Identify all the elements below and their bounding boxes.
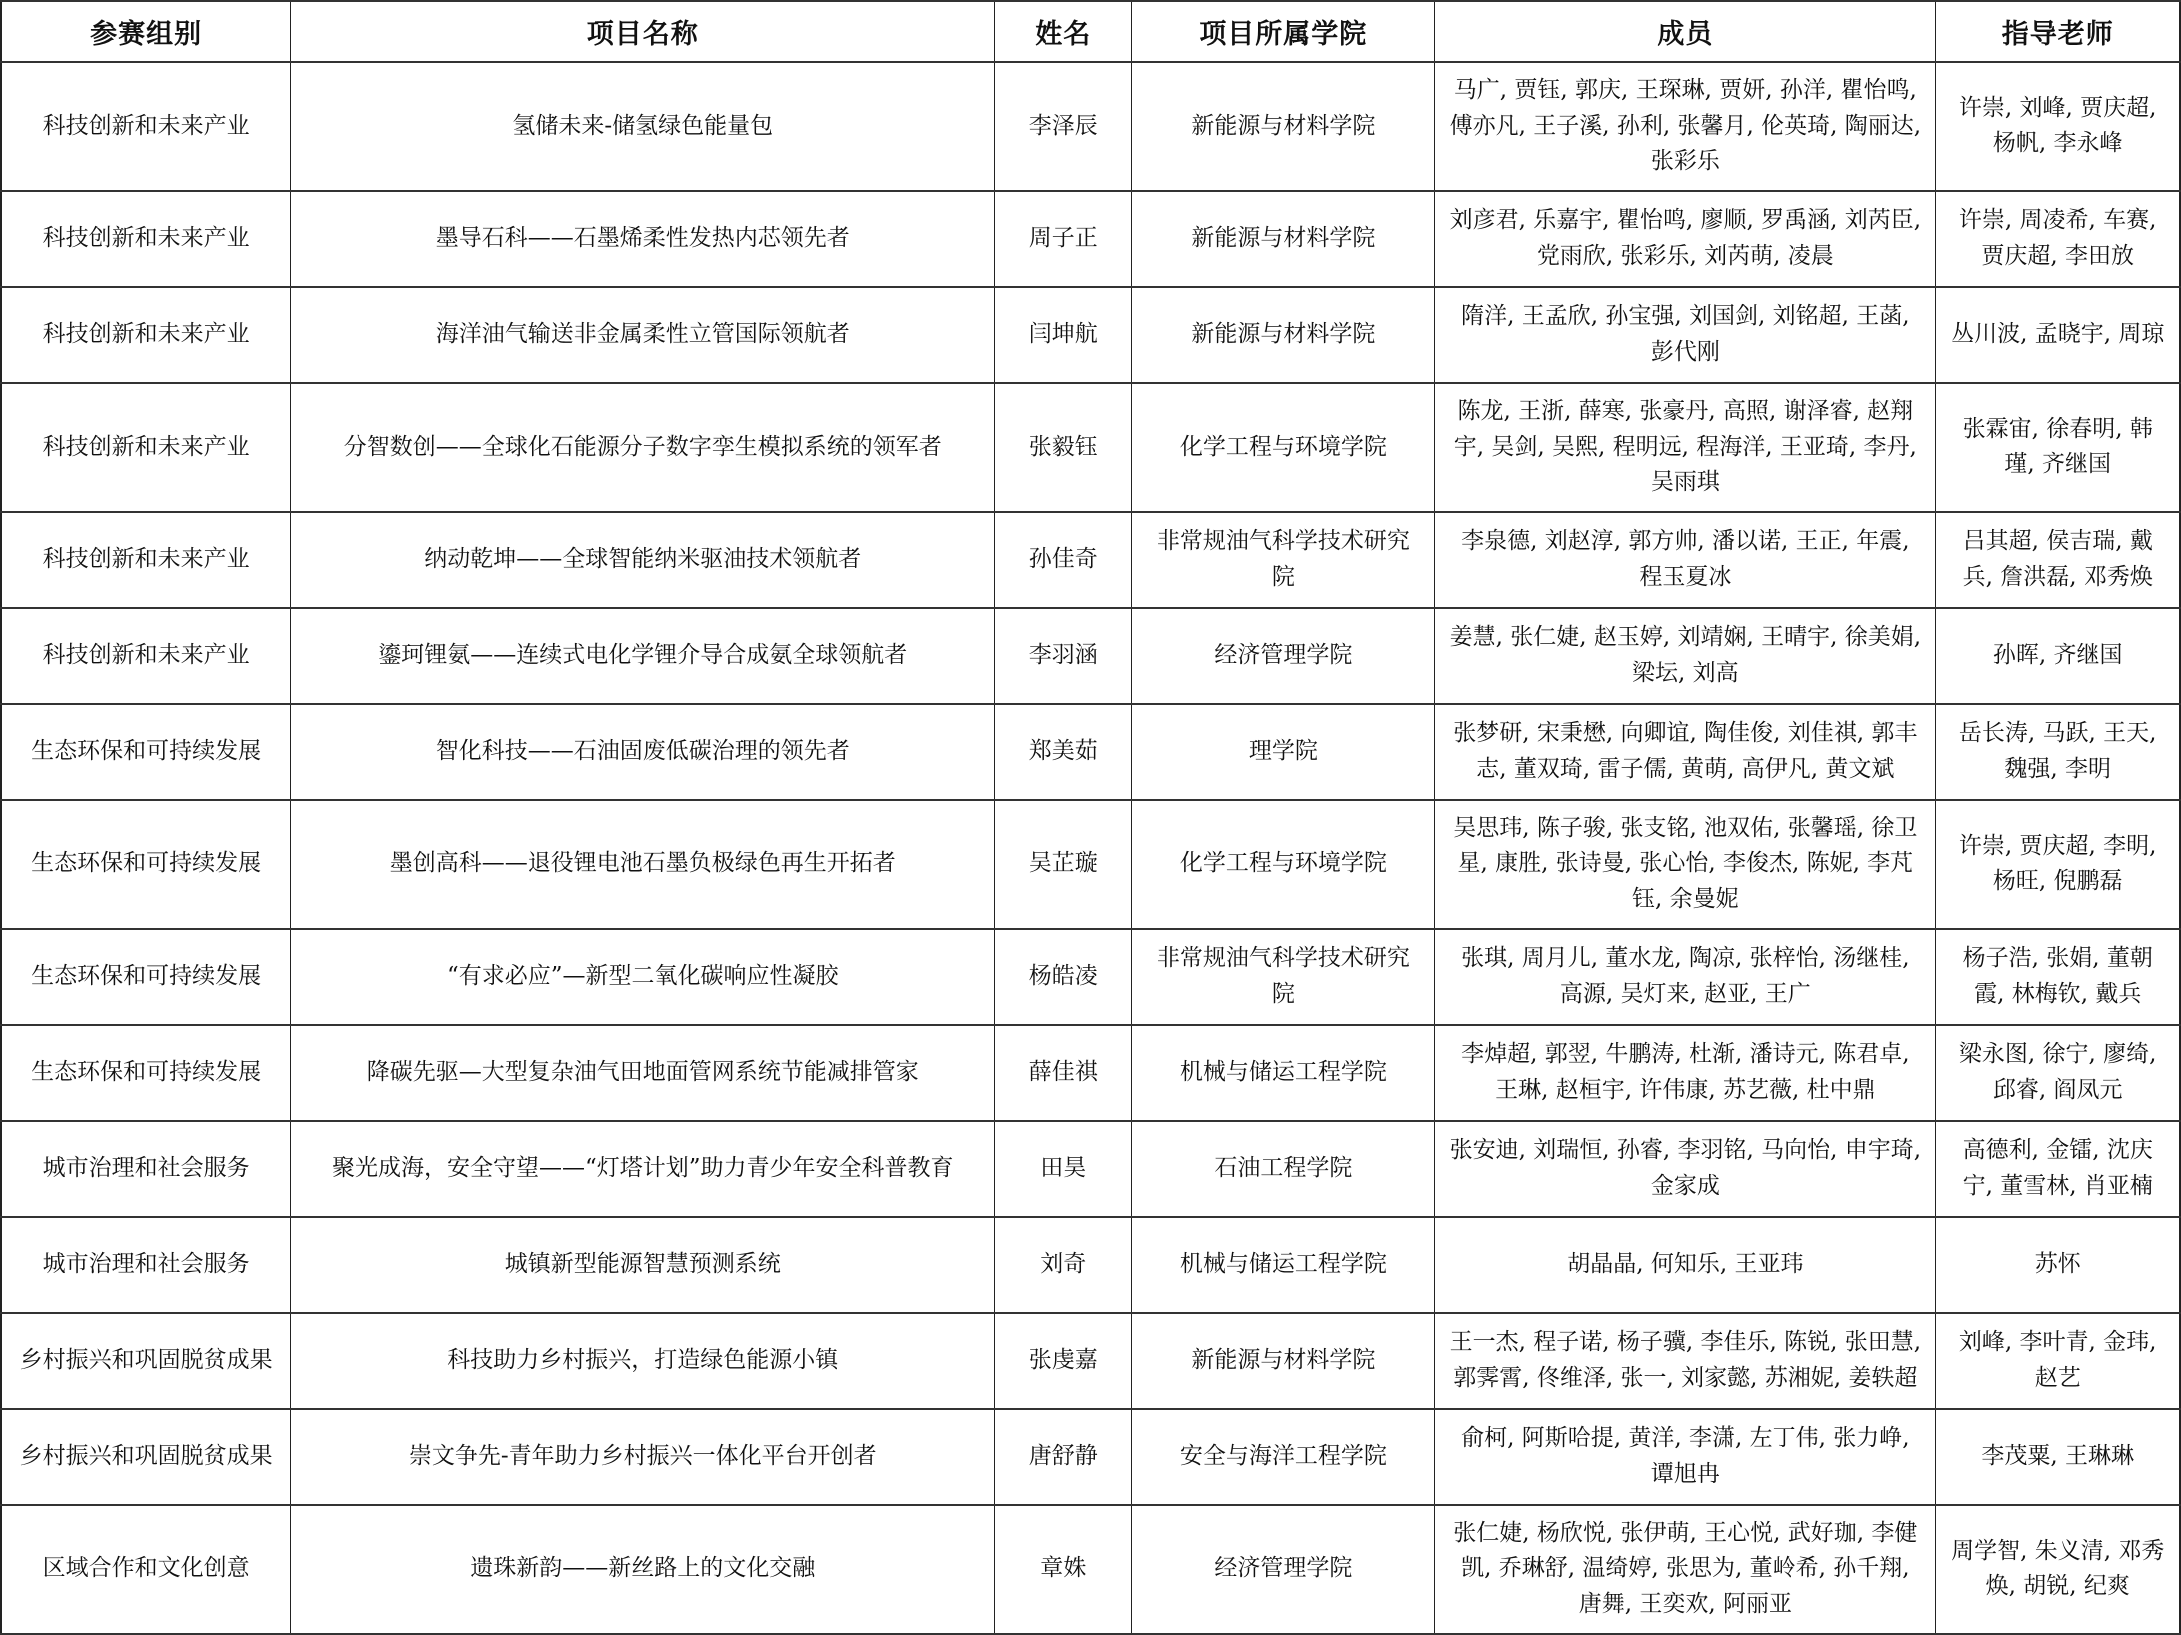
cell-category: 科技创新和未来产业 — [1, 512, 291, 608]
cell-category: 乡村振兴和巩固脱贫成果 — [1, 1409, 291, 1505]
cell-college: 化学工程与环境学院 — [1132, 383, 1435, 512]
cell-leader-name: 闫坤航 — [995, 287, 1132, 383]
cell-project-name: 墨导石科——石墨烯柔性发热内芯领先者 — [291, 191, 995, 287]
cell-category: 生态环保和可持续发展 — [1, 929, 291, 1025]
cell-members: 隋洋, 王孟欣, 孙宝强, 刘国剑, 刘铭超, 王菡, 彭代刚 — [1435, 287, 1936, 383]
cell-project-name: 聚光成海，安全守望——“灯塔计划”助力青少年安全科普教育 — [291, 1121, 995, 1217]
cell-leader-name: 刘奇 — [995, 1217, 1132, 1313]
cell-advisors: 许崇, 贾庆超, 李明, 杨旺, 倪鹏磊 — [1936, 800, 2180, 929]
col-header-category: 参赛组别 — [1, 1, 291, 62]
cell-members: 王一杰, 程子诺, 杨子骥, 李佳乐, 陈锐, 张田慧, 郭霁霄, 佟维泽, 张… — [1435, 1313, 1936, 1409]
cell-members: 姜慧, 张仁婕, 赵玉婷, 刘靖娴, 王晴宇, 徐美娟, 梁坛, 刘高 — [1435, 608, 1936, 704]
table-row: 生态环保和可持续发展 智化科技——石油固废低碳治理的领先者 郑美茹 理学院 张梦… — [1, 704, 2180, 800]
competition-roster-table: 参赛组别 项目名称 姓名 项目所属学院 成员 指导老师 科技创新和未来产业 氢储… — [0, 0, 2181, 1635]
col-header-college: 项目所属学院 — [1132, 1, 1435, 62]
cell-project-name: “有求必应”—新型二氧化碳响应性凝胶 — [291, 929, 995, 1025]
cell-college: 石油工程学院 — [1132, 1121, 1435, 1217]
col-header-leader-name: 姓名 — [995, 1, 1132, 62]
cell-advisors: 苏怀 — [1936, 1217, 2180, 1313]
cell-category: 城市治理和社会服务 — [1, 1121, 291, 1217]
cell-members: 张安迪, 刘瑞恒, 孙睿, 李羽铭, 马向怡, 申宇琦, 金家成 — [1435, 1121, 1936, 1217]
cell-college: 机械与储运工程学院 — [1132, 1025, 1435, 1121]
cell-advisors: 高德利, 金镭, 沈庆宁, 董雪林, 肖亚楠 — [1936, 1121, 2180, 1217]
table-row: 乡村振兴和巩固脱贫成果 崇文争先-青年助力乡村振兴一体化平台开创者 唐舒静 安全… — [1, 1409, 2180, 1505]
table-row: 生态环保和可持续发展 墨创高科——退役锂电池石墨负极绿色再生开拓者 吴芷璇 化学… — [1, 800, 2180, 929]
table-row: 城市治理和社会服务 聚光成海，安全守望——“灯塔计划”助力青少年安全科普教育 田… — [1, 1121, 2180, 1217]
cell-project-name: 氢储未来-储氢绿色能量包 — [291, 62, 995, 191]
cell-project-name: 智化科技——石油固废低碳治理的领先者 — [291, 704, 995, 800]
cell-college: 新能源与材料学院 — [1132, 1313, 1435, 1409]
cell-project-name: 降碳先驱—大型复杂油气田地面管网系统节能减排管家 — [291, 1025, 995, 1121]
cell-members: 胡晶晶, 何知乐, 王亚玮 — [1435, 1217, 1936, 1313]
table-row: 科技创新和未来产业 纳动乾坤——全球智能纳米驱油技术领航者 孙佳奇 非常规油气科… — [1, 512, 2180, 608]
cell-college: 新能源与材料学院 — [1132, 62, 1435, 191]
table-row: 科技创新和未来产业 分智数创——全球化石能源分子数字孪生模拟系统的领军者 张毅钰… — [1, 383, 2180, 512]
cell-project-name: 海洋油气输送非金属柔性立管国际领航者 — [291, 287, 995, 383]
cell-college: 新能源与材料学院 — [1132, 287, 1435, 383]
cell-advisors: 李茂粟, 王琳琳 — [1936, 1409, 2180, 1505]
cell-members: 陈龙, 王浙, 薛寒, 张豪丹, 高照, 谢泽睿, 赵翔宇, 吴剑, 吴熙, 程… — [1435, 383, 1936, 512]
cell-leader-name: 吴芷璇 — [995, 800, 1132, 929]
cell-advisors: 丛川波, 孟晓宇, 周琼 — [1936, 287, 2180, 383]
cell-category: 城市治理和社会服务 — [1, 1217, 291, 1313]
cell-advisors: 孙晖, 齐继国 — [1936, 608, 2180, 704]
cell-advisors: 许崇, 周凌希, 车赛, 贾庆超, 李田放 — [1936, 191, 2180, 287]
cell-members: 张仁婕, 杨欣悦, 张伊萌, 王心悦, 武好珈, 李健凯, 乔琳舒, 温绮婷, … — [1435, 1505, 1936, 1634]
cell-college: 经济管理学院 — [1132, 608, 1435, 704]
cell-category: 区域合作和文化创意 — [1, 1505, 291, 1634]
cell-category: 科技创新和未来产业 — [1, 287, 291, 383]
cell-leader-name: 郑美茹 — [995, 704, 1132, 800]
cell-project-name: 遗珠新韵——新丝路上的文化交融 — [291, 1505, 995, 1634]
cell-leader-name: 张虔嘉 — [995, 1313, 1132, 1409]
cell-leader-name: 杨皓凌 — [995, 929, 1132, 1025]
cell-advisors: 张霖宙, 徐春明, 韩瑾, 齐继国 — [1936, 383, 2180, 512]
cell-college: 化学工程与环境学院 — [1132, 800, 1435, 929]
col-header-project-name: 项目名称 — [291, 1, 995, 62]
table-row: 科技创新和未来产业 海洋油气输送非金属柔性立管国际领航者 闫坤航 新能源与材料学… — [1, 287, 2180, 383]
col-header-advisors: 指导老师 — [1936, 1, 2180, 62]
cell-advisors: 梁永图, 徐宁, 廖绮, 邱睿, 阎凤元 — [1936, 1025, 2180, 1121]
table-row: 城市治理和社会服务 城镇新型能源智慧预测系统 刘奇 机械与储运工程学院 胡晶晶,… — [1, 1217, 2180, 1313]
cell-college: 安全与海洋工程学院 — [1132, 1409, 1435, 1505]
table-row: 生态环保和可持续发展 降碳先驱—大型复杂油气田地面管网系统节能减排管家 薛佳祺 … — [1, 1025, 2180, 1121]
document-page: 参赛组别 项目名称 姓名 项目所属学院 成员 指导老师 科技创新和未来产业 氢储… — [0, 0, 2181, 1527]
table-row: 科技创新和未来产业 氢储未来-储氢绿色能量包 李泽辰 新能源与材料学院 马广, … — [1, 62, 2180, 191]
cell-college: 机械与储运工程学院 — [1132, 1217, 1435, 1313]
cell-project-name: 纳动乾坤——全球智能纳米驱油技术领航者 — [291, 512, 995, 608]
cell-project-name: 墨创高科——退役锂电池石墨负极绿色再生开拓者 — [291, 800, 995, 929]
table-row: 生态环保和可持续发展 “有求必应”—新型二氧化碳响应性凝胶 杨皓凌 非常规油气科… — [1, 929, 2180, 1025]
cell-advisors: 刘峰, 李叶青, 金玮, 赵艺 — [1936, 1313, 2180, 1409]
cell-advisors: 许崇, 刘峰, 贾庆超, 杨帆, 李永峰 — [1936, 62, 2180, 191]
cell-category: 科技创新和未来产业 — [1, 383, 291, 512]
cell-project-name: 崇文争先-青年助力乡村振兴一体化平台开创者 — [291, 1409, 995, 1505]
cell-leader-name: 唐舒静 — [995, 1409, 1132, 1505]
header-row: 参赛组别 项目名称 姓名 项目所属学院 成员 指导老师 — [1, 1, 2180, 62]
cell-category: 科技创新和未来产业 — [1, 191, 291, 287]
cell-advisors: 周学智, 朱义清, 邓秀焕, 胡锐, 纪爽 — [1936, 1505, 2180, 1634]
cell-project-name: 城镇新型能源智慧预测系统 — [291, 1217, 995, 1313]
cell-advisors: 杨子浩, 张娟, 董朝霞, 林梅钦, 戴兵 — [1936, 929, 2180, 1025]
table-row: 科技创新和未来产业 墨导石科——石墨烯柔性发热内芯领先者 周子正 新能源与材料学… — [1, 191, 2180, 287]
cell-members: 吴思玮, 陈子骏, 张支铭, 池双佑, 张馨瑶, 徐卫星, 康胜, 张诗曼, 张… — [1435, 800, 1936, 929]
cell-members: 俞柯, 阿斯哈提, 黄洋, 李潇, 左丁伟, 张力峥, 谭旭冉 — [1435, 1409, 1936, 1505]
cell-members: 马广, 贾钰, 郭庆, 王琛琳, 贾妍, 孙洋, 瞿怡鸣, 傅亦凡, 王子溪, … — [1435, 62, 1936, 191]
cell-category: 科技创新和未来产业 — [1, 608, 291, 704]
cell-category: 生态环保和可持续发展 — [1, 704, 291, 800]
cell-advisors: 岳长涛, 马跃, 王天, 魏强, 李明 — [1936, 704, 2180, 800]
cell-category: 科技创新和未来产业 — [1, 62, 291, 191]
cell-project-name: 科技助力乡村振兴，打造绿色能源小镇 — [291, 1313, 995, 1409]
table-row: 区域合作和文化创意 遗珠新韵——新丝路上的文化交融 章姝 经济管理学院 张仁婕,… — [1, 1505, 2180, 1634]
table-row: 乡村振兴和巩固脱贫成果 科技助力乡村振兴，打造绿色能源小镇 张虔嘉 新能源与材料… — [1, 1313, 2180, 1409]
cell-leader-name: 薛佳祺 — [995, 1025, 1132, 1121]
cell-members: 张琪, 周月儿, 董水龙, 陶凉, 张梓怡, 汤继桂, 高源, 吴灯来, 赵亚,… — [1435, 929, 1936, 1025]
col-header-members: 成员 — [1435, 1, 1936, 62]
table-row: 科技创新和未来产业 鎏珂锂氨——连续式电化学锂介导合成氨全球领航者 李羽涵 经济… — [1, 608, 2180, 704]
cell-leader-name: 李泽辰 — [995, 62, 1132, 191]
cell-college: 非常规油气科学技术研究院 — [1132, 512, 1435, 608]
cell-project-name: 分智数创——全球化石能源分子数字孪生模拟系统的领军者 — [291, 383, 995, 512]
cell-advisors: 吕其超, 侯吉瑞, 戴兵, 詹洪磊, 邓秀焕 — [1936, 512, 2180, 608]
cell-leader-name: 田昊 — [995, 1121, 1132, 1217]
cell-members: 李焯超, 郭翌, 牛鹏涛, 杜渐, 潘诗元, 陈君卓, 王琳, 赵桓宇, 许伟康… — [1435, 1025, 1936, 1121]
cell-college: 理学院 — [1132, 704, 1435, 800]
cell-category: 生态环保和可持续发展 — [1, 800, 291, 929]
cell-category: 生态环保和可持续发展 — [1, 1025, 291, 1121]
cell-project-name: 鎏珂锂氨——连续式电化学锂介导合成氨全球领航者 — [291, 608, 995, 704]
cell-category: 乡村振兴和巩固脱贫成果 — [1, 1313, 291, 1409]
cell-members: 李泉德, 刘赵淳, 郭方帅, 潘以诺, 王正, 年震, 程玉夏冰 — [1435, 512, 1936, 608]
cell-members: 刘彦君, 乐嘉宇, 瞿怡鸣, 廖顺, 罗禹涵, 刘芮臣, 党雨欣, 张彩乐, 刘… — [1435, 191, 1936, 287]
cell-leader-name: 张毅钰 — [995, 383, 1132, 512]
cell-leader-name: 孙佳奇 — [995, 512, 1132, 608]
cell-college: 新能源与材料学院 — [1132, 191, 1435, 287]
cell-college: 非常规油气科学技术研究院 — [1132, 929, 1435, 1025]
cell-members: 张梦研, 宋秉懋, 向卿谊, 陶佳俊, 刘佳祺, 郭丰志, 董双琦, 雷子儒, … — [1435, 704, 1936, 800]
cell-college: 经济管理学院 — [1132, 1505, 1435, 1634]
cell-leader-name: 章姝 — [995, 1505, 1132, 1634]
cell-leader-name: 李羽涵 — [995, 608, 1132, 704]
cell-leader-name: 周子正 — [995, 191, 1132, 287]
